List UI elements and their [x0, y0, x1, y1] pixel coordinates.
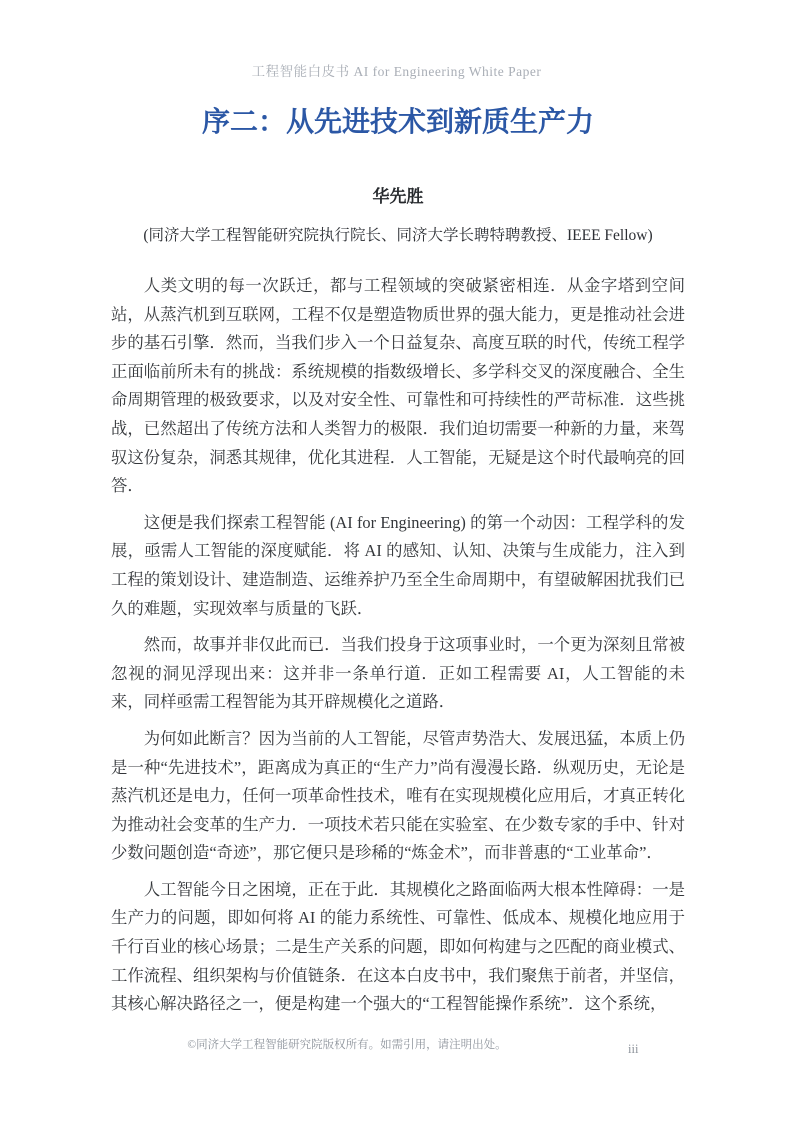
paragraph: 人类文明的每一次跃迁，都与工程领域的突破紧密相连．从金字塔到空间站，从蒸汽机到互…	[111, 272, 685, 501]
document-page: 工程智能白皮书 AI for Engineering White Paper 序…	[0, 0, 793, 1122]
paragraph: 人工智能今日之困境，正在于此．其规模化之路面临两大根本性障碍：一是生产力的问题，…	[111, 876, 685, 1019]
paragraph: 然而，故事并非仅此而已．当我们投身于这项事业时，一个更为深刻且常被忽视的洞见浮现…	[111, 631, 685, 717]
author-name: 华先胜	[111, 185, 685, 209]
body-paragraphs: 人类文明的每一次跃迁，都与工程领域的突破紧密相连．从金字塔到空间站，从蒸汽机到互…	[111, 272, 685, 1019]
paragraph: 这便是我们探索工程智能 (AI for Engineering) 的第一个动因：…	[111, 509, 685, 623]
author-affiliation: (同济大学工程智能研究院执行院长、同济大学长聘特聘教授、IEEE Fellow)	[111, 225, 685, 247]
page-content: 序二：从先进技术到新质生产力 华先胜 (同济大学工程智能研究院执行院长、同济大学…	[111, 103, 685, 1027]
page-number: iii	[628, 1042, 638, 1057]
footer-copyright: ©同济大学工程智能研究院版权所有。如需引用，请注明出处。	[187, 1036, 506, 1052]
running-header: 工程智能白皮书 AI for Engineering White Paper	[0, 60, 793, 80]
paragraph: 为何如此断言？因为当前的人工智能，尽管声势浩大、发展迅猛，本质上仍是一种“先进技…	[111, 725, 685, 868]
section-title: 序二：从先进技术到新质生产力	[111, 103, 685, 141]
